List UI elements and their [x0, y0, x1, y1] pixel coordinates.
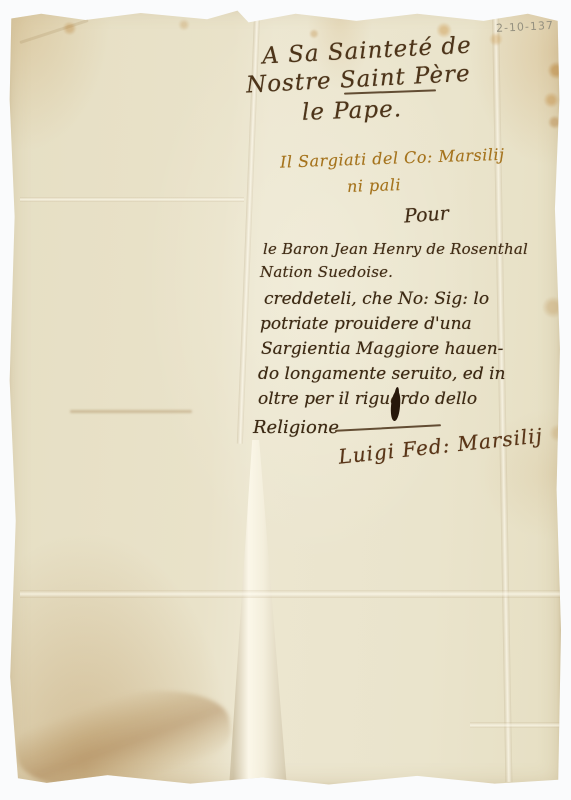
body-line-4: do longamente seruito, ed in: [258, 364, 506, 384]
stain-left-line: [70, 410, 192, 413]
recipient-line-2: Nation Suedoise.: [260, 263, 393, 281]
paper-sheet: 2-10-137 A Sa Sainteté de Nostre Saint P…: [8, 6, 561, 786]
religion-word: Religione: [253, 417, 339, 438]
signature: Luigi Fed: Marsilij: [337, 423, 544, 468]
vertical-fold-wedge-bottom: [229, 440, 287, 788]
body-line-2: potriate prouidere d'una: [260, 314, 472, 334]
docket-line-1: Il Sargiati del Co: Marsilij: [280, 145, 487, 171]
horizontal-fold-lower: [20, 590, 565, 598]
scan-background: { "document": { "pencil_number": "2-10-1…: [0, 0, 571, 800]
address-line-3: le Pape.: [274, 95, 431, 126]
body-line-5: oltre per il riguardo dello: [258, 389, 477, 409]
horizontal-fold-bottom-right: [470, 722, 566, 728]
body-line-1: creddeteli, che No: Sig: lo: [264, 289, 489, 309]
docket-line-2: ni pali: [326, 174, 423, 196]
stain-bottom-left: [11, 679, 236, 798]
stain-right-edge: [536, 26, 570, 766]
vertical-fold-right: [492, 14, 512, 782]
body-line-3: Sargientia Maggiore hauen-: [261, 339, 503, 359]
pour-word: Pour: [403, 202, 449, 227]
recipient-line-1: le Baron Jean Henry de Rosenthal: [263, 240, 528, 258]
flourish-after-religione: [335, 424, 441, 432]
corner-crease-top-left: [19, 19, 88, 44]
pencil-archival-number: 2-10-137: [496, 18, 569, 35]
horizontal-fold-upper-left: [20, 197, 244, 202]
